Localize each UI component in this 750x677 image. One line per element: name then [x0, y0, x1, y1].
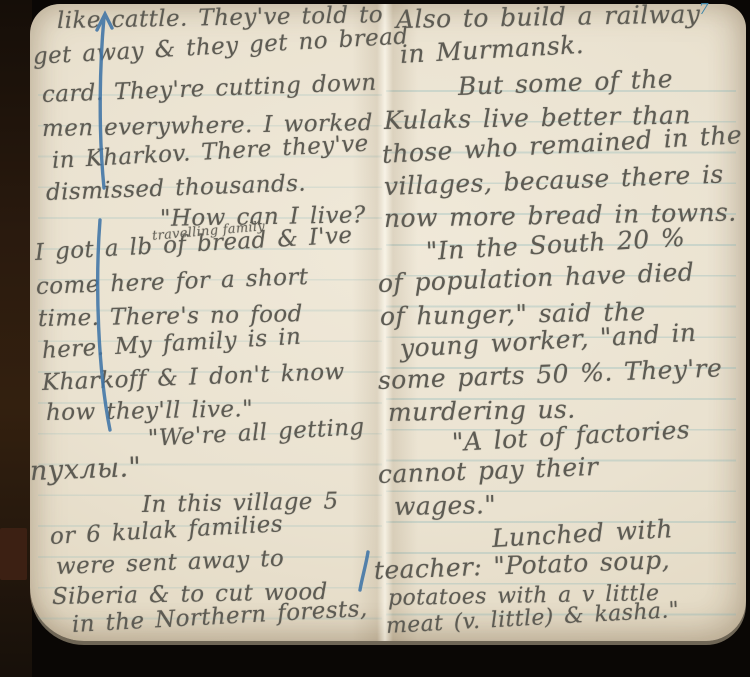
notebook-photo: travelling family 7 like cattle. They've…: [0, 0, 750, 677]
margin-stroke-1: [100, 17, 104, 188]
margin-tick: [360, 552, 368, 590]
margin-stroke-2: [98, 220, 110, 430]
blue-ink-marks: [0, 0, 750, 677]
